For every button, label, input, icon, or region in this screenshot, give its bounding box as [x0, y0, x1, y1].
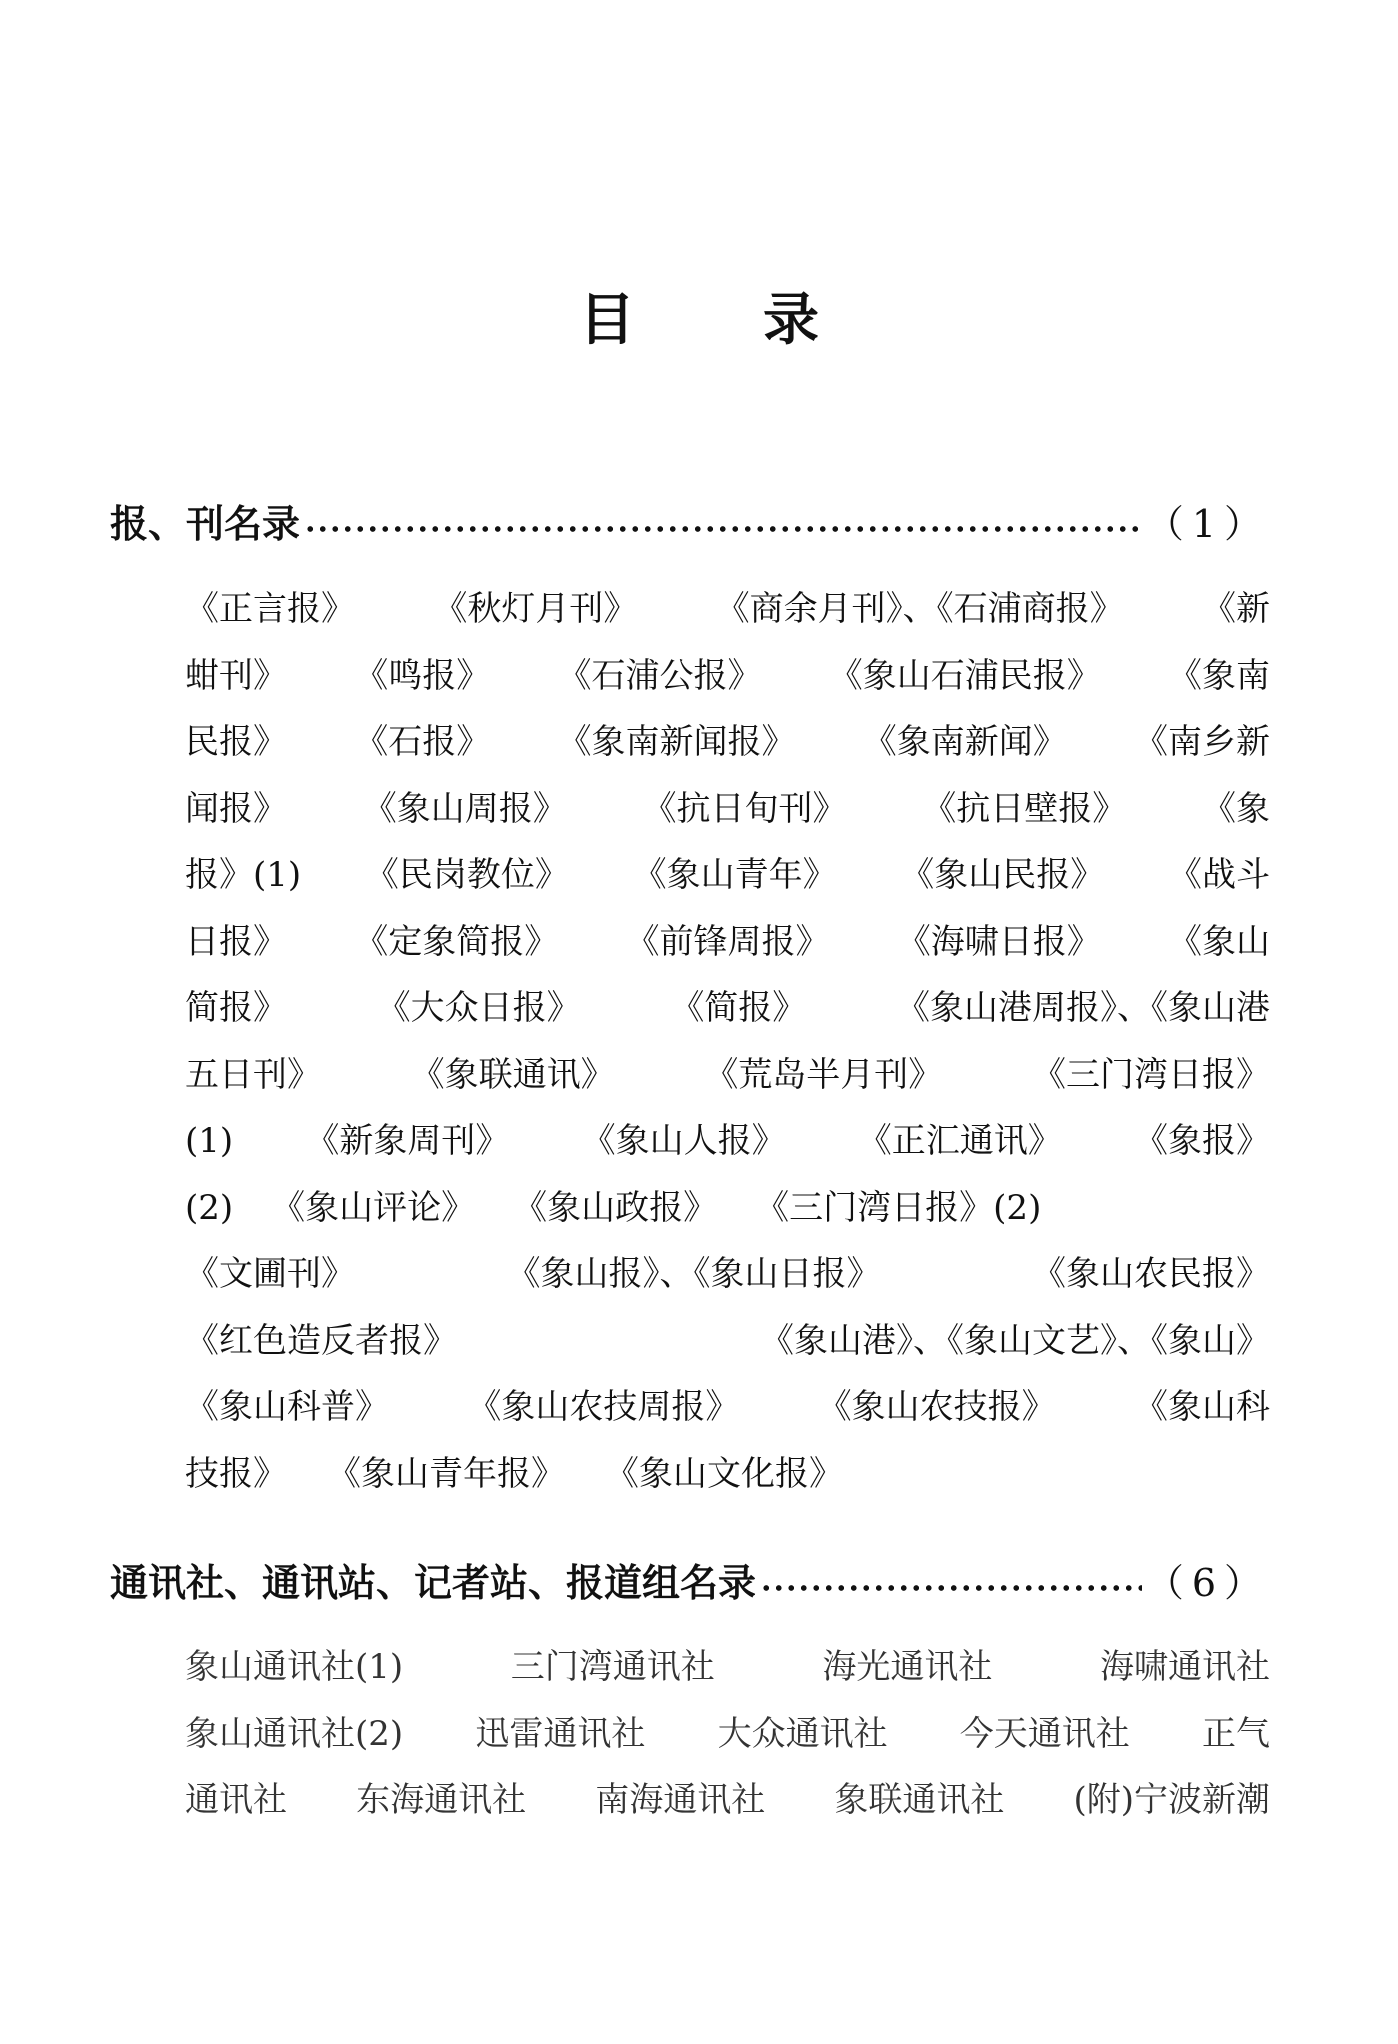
list-item: 《商余月刊》、《石浦商报》 [716, 576, 1124, 643]
list-item: 《象山科普》 [185, 1374, 389, 1441]
list-item: 《象 [1202, 776, 1270, 843]
entry-line: 闻报》 《象山周报》 《抗日旬刊》 《抗日壁报》 《象 [185, 776, 1270, 843]
entry-line: 技报》 《象山青年报》 《象山文化报》 [185, 1441, 1270, 1508]
page-title: 目录 [0, 286, 1398, 356]
list-item: 《秋灯月刊》 [433, 576, 637, 643]
list-item: 《简报》 [670, 975, 806, 1042]
entry-line: 《红色造反者报》 《象山港》、《象山文艺》、《象山》 [185, 1308, 1270, 1375]
list-item: 《正言报》 [185, 576, 355, 643]
list-item: (2) [185, 1175, 233, 1242]
list-item: 《前锋周报》 [626, 909, 830, 976]
list-item: 三门湾通讯社 [511, 1634, 715, 1701]
section-title: 报、刊名录 [110, 496, 300, 552]
list-item: 《象山 [1168, 909, 1270, 976]
list-item: 《新象周刊》 [305, 1108, 509, 1175]
entry-line: 日报》 《定象简报》 《前锋周报》 《海啸日报》 《象山 [185, 909, 1270, 976]
list-item: 《三门湾日报》(2) [755, 1175, 1041, 1242]
list-item: 《象山人报》 [582, 1108, 786, 1175]
entry-line: 《象山科普》 《象山农技周报》 《象山农技报》 《象山科 [185, 1374, 1270, 1441]
list-item: 《南乡新 [1134, 709, 1270, 776]
list-item: 《抗日壁报》 [922, 776, 1126, 843]
list-item: 民报》 [185, 709, 287, 776]
list-item: 《象联通讯》 [411, 1042, 615, 1109]
entry-line: 《正言报》 《秋灯月刊》 《商余月刊》、《石浦商报》 《新 [185, 576, 1270, 643]
list-item: 《新 [1202, 576, 1270, 643]
entry-line: 《文圃刊》 《象山报》、《象山日报》 《象山农民报》 [185, 1241, 1270, 1308]
entry-line: 通讯社 东海通讯社 南海通讯社 象联通讯社 (附)宁波新潮 [185, 1767, 1270, 1834]
list-item: 技报》 [185, 1441, 287, 1508]
page-title-char: 目 [579, 286, 635, 356]
list-item: 《荒岛半月刊》 [704, 1042, 942, 1109]
list-item: 海啸通讯社 [1100, 1634, 1270, 1701]
list-item: 《红色造反者报》 [185, 1308, 457, 1375]
list-item: 《鸣报》 [354, 643, 490, 710]
list-item: 《象山港周报》、《象山港 [896, 975, 1270, 1042]
list-item: 今天通讯社 [960, 1701, 1130, 1768]
list-item: 《大众日报》 [377, 975, 581, 1042]
entry-line: 象山通讯社(1) 三门湾通讯社 海光通讯社 海啸通讯社 [185, 1634, 1270, 1701]
entry-line: 报》(1) 《民岗教位》 《象山青年》 《象山民报》 《战斗 [185, 842, 1270, 909]
list-item: 《象山农技报》 [818, 1374, 1056, 1441]
list-item: 象山通讯社(1) [185, 1634, 403, 1701]
list-item: (1) [185, 1108, 233, 1175]
page-number: （1） [1146, 496, 1270, 552]
list-item: 《正汇通讯》 [858, 1108, 1062, 1175]
list-item: 《象山报》、《象山日报》 [507, 1241, 881, 1308]
list-item: 象联通讯社 [834, 1767, 1004, 1834]
entry-line: 五日刊》 《象联通讯》 《荒岛半月刊》 《三门湾日报》 [185, 1042, 1270, 1109]
list-item: 《象报》 [1134, 1108, 1270, 1175]
list-item: 报》(1) [185, 842, 301, 909]
list-item: 日报》 [185, 909, 287, 976]
list-item: 《象山石浦民报》 [829, 643, 1101, 710]
list-item: 《石浦公报》 [558, 643, 762, 710]
list-item: 海光通讯社 [822, 1634, 992, 1701]
entry-line: 简报》 《大众日报》 《简报》 《象山港周报》、《象山港 [185, 975, 1270, 1042]
list-item: 《象山港》、《象山文艺》、《象山》 [760, 1308, 1270, 1375]
entry-line: 象山通讯社(2) 迅雷通讯社 大众通讯社 今天通讯社 正气 [185, 1701, 1270, 1768]
list-item: 《象山青年报》 [327, 1441, 565, 1508]
toc-section-heading-newspapers[interactable]: 报、刊名录 （1） [110, 496, 1270, 552]
list-item: 《象山周报》 [363, 776, 567, 843]
list-item: 通讯社 [185, 1767, 287, 1834]
list-item: 《海啸日报》 [897, 909, 1101, 976]
list-item: 东海通讯社 [356, 1767, 526, 1834]
list-item: 《象山农技周报》 [467, 1374, 739, 1441]
toc-entries-news-agencies: 象山通讯社(1) 三门湾通讯社 海光通讯社 海啸通讯社 象山通讯社(2) 迅雷通… [185, 1634, 1270, 1834]
list-item: 《民岗教位》 [365, 842, 569, 909]
list-item: 《三门湾日报》 [1032, 1042, 1270, 1109]
entry-line: 蚶刊》 《鸣报》 《石浦公报》 《象山石浦民报》 《象南 [185, 643, 1270, 710]
list-item: 大众通讯社 [718, 1701, 888, 1768]
section-title: 通讯社、通讯站、记者站、报道组名录 [110, 1555, 756, 1611]
list-item: 《象山农民报》 [1032, 1241, 1270, 1308]
list-item: 闻报》 [185, 776, 287, 843]
dot-leader [304, 525, 1142, 533]
list-item: 《抗日旬刊》 [643, 776, 847, 843]
list-item: 蚶刊》 [185, 643, 287, 710]
list-item: (附)宁波新潮 [1073, 1767, 1270, 1834]
list-item: 《文圃刊》 [185, 1241, 355, 1308]
list-item: 《象山政报》 [513, 1175, 717, 1242]
list-item: 象山通讯社(2) [185, 1701, 403, 1768]
list-item: 迅雷通讯社 [475, 1701, 645, 1768]
list-item: 《象南新闻》 [863, 709, 1067, 776]
list-item: 《石报》 [354, 709, 490, 776]
list-item: 《象山民报》 [900, 842, 1104, 909]
toc-entries-newspapers: 《正言报》 《秋灯月刊》 《商余月刊》、《石浦商报》 《新 蚶刊》 《鸣报》 《… [185, 576, 1270, 1507]
list-item: 《定象简报》 [354, 909, 558, 976]
list-item: 南海通讯社 [595, 1767, 765, 1834]
list-item: 《象山评论》 [271, 1175, 475, 1242]
list-item: 《象山文化报》 [605, 1441, 843, 1508]
page-number: （6） [1146, 1555, 1270, 1611]
list-item: 《象山青年》 [633, 842, 837, 909]
toc-section-heading-news-agencies[interactable]: 通讯社、通讯站、记者站、报道组名录 （6） [110, 1555, 1270, 1611]
entry-line: 民报》 《石报》 《象南新闻报》 《象南新闻》 《南乡新 [185, 709, 1270, 776]
list-item: 正气 [1202, 1701, 1270, 1768]
page-title-char: 录 [763, 286, 819, 356]
list-item: 《象山科 [1134, 1374, 1270, 1441]
dot-leader [760, 1584, 1142, 1592]
list-item: 五日刊》 [185, 1042, 321, 1109]
entry-line: (2) 《象山评论》 《象山政报》 《三门湾日报》(2) [185, 1175, 1270, 1242]
list-item: 简报》 [185, 975, 287, 1042]
entry-line: (1) 《新象周刊》 《象山人报》 《正汇通讯》 《象报》 [185, 1108, 1270, 1175]
list-item: 《象南 [1168, 643, 1270, 710]
list-item: 《象南新闻报》 [558, 709, 796, 776]
list-item: 《战斗 [1168, 842, 1270, 909]
